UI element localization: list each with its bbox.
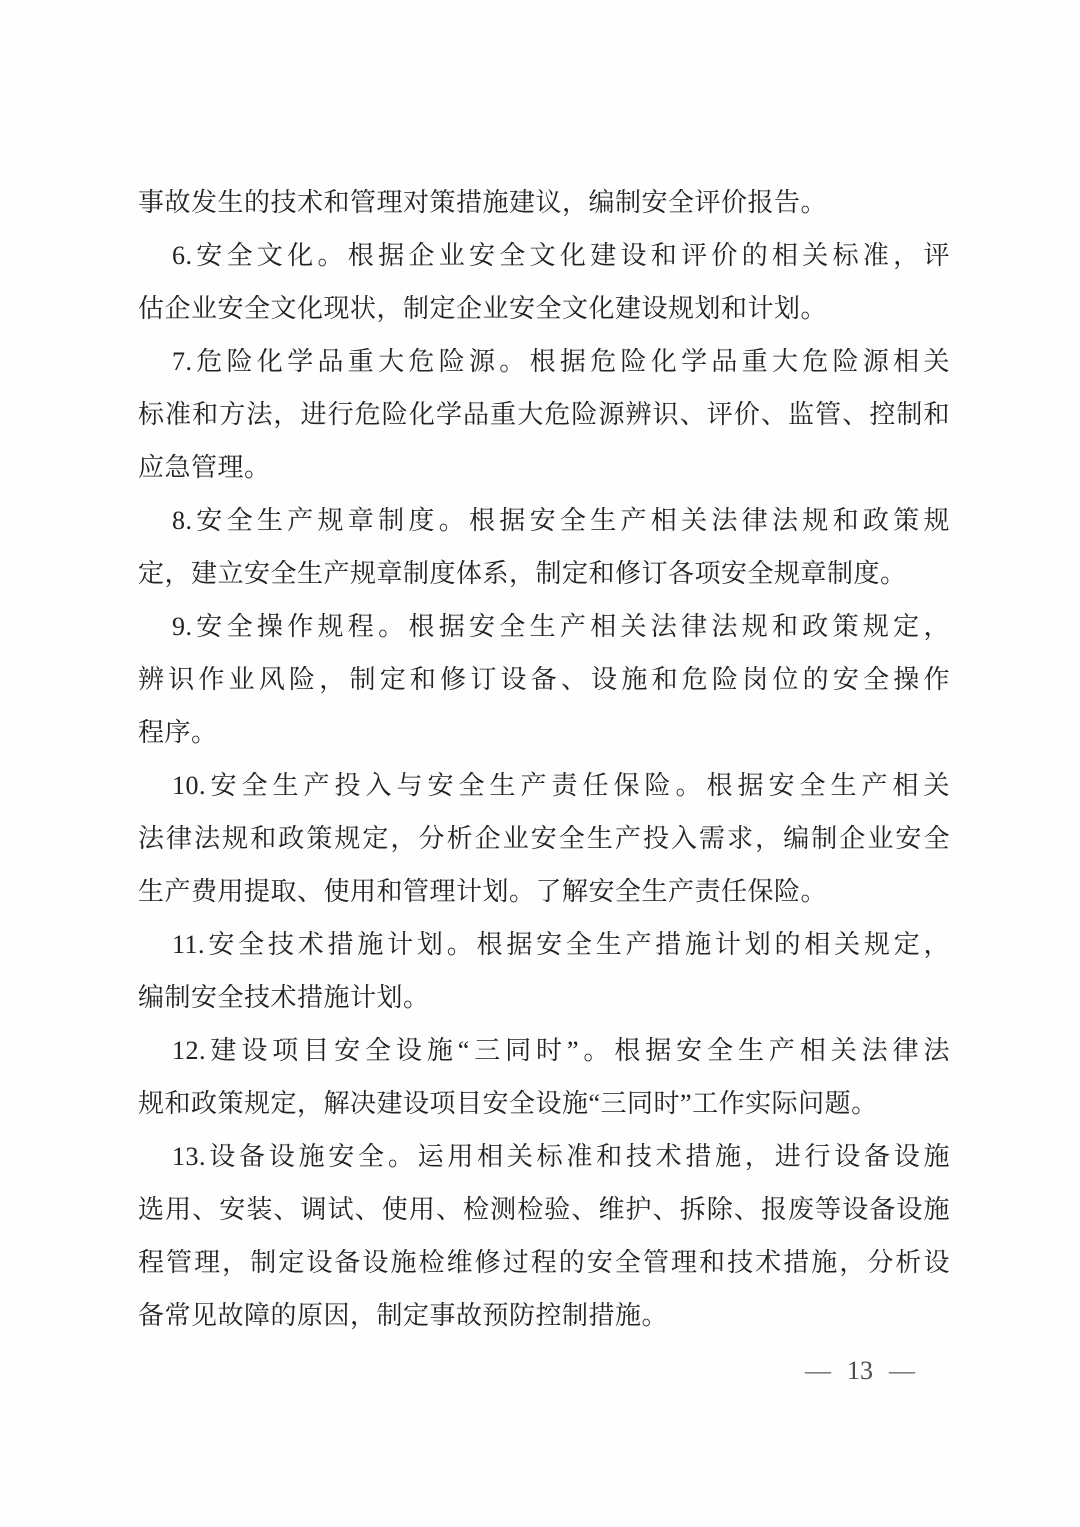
text-line: 辨识作业风险，制定和修订设备、设施和危险岗位的安全操作 xyxy=(138,653,950,706)
text-line: 12.建设项目安全设施“三同时”。根据安全生产相关法律法 xyxy=(138,1024,950,1077)
text-line: 11.安全技术措施计划。根据安全生产措施计划的相关规定， xyxy=(138,918,950,971)
text-line: 程管理，制定设备设施检维修过程的安全管理和技术措施，分析设 xyxy=(138,1236,950,1289)
text-line: 7.危险化学品重大危险源。根据危险化学品重大危险源相关 xyxy=(138,335,950,388)
text-line: 选用、安装、调试、使用、检测检验、维护、拆除、报废等设备设施过 xyxy=(138,1183,950,1236)
text-line: 定，建立安全生产规章制度体系，制定和修订各项安全规章制度。 xyxy=(138,547,950,600)
text-line: 法律法规和政策规定，分析企业安全生产投入需求，编制企业安全 xyxy=(138,812,950,865)
text-line: 应急管理。 xyxy=(138,441,950,494)
body-text: 事故发生的技术和管理对策措施建议，编制安全评价报告。 6.安全文化。根据企业安全… xyxy=(138,176,950,1342)
text-line: 生产费用提取、使用和管理计划。了解安全生产责任保险。 xyxy=(138,865,950,918)
document-page: 事故发生的技术和管理对策措施建议，编制安全评价报告。 6.安全文化。根据企业安全… xyxy=(0,0,1080,1527)
footer-dash-right: — xyxy=(889,1356,915,1386)
text-line: 估企业安全文化现状，制定企业安全文化建设规划和计划。 xyxy=(138,282,950,335)
page-footer: — 13 — xyxy=(780,1349,940,1393)
page-number: 13 xyxy=(847,1356,873,1386)
text-line: 事故发生的技术和管理对策措施建议，编制安全评价报告。 xyxy=(138,176,950,229)
text-line: 规和政策规定，解决建设项目安全设施“三同时”工作实际问题。 xyxy=(138,1077,950,1130)
text-line: 标准和方法，进行危险化学品重大危险源辨识、评价、监管、控制和 xyxy=(138,388,950,441)
text-line: 6.安全文化。根据企业安全文化建设和评价的相关标准，评 xyxy=(138,229,950,282)
text-line: 10.安全生产投入与安全生产责任保险。根据安全生产相关 xyxy=(138,759,950,812)
footer-dash-left: — xyxy=(805,1356,831,1386)
text-line: 程序。 xyxy=(138,706,950,759)
text-line: 9.安全操作规程。根据安全生产相关法律法规和政策规定， xyxy=(138,600,950,653)
text-line: 8.安全生产规章制度。根据安全生产相关法律法规和政策规 xyxy=(138,494,950,547)
text-line: 编制安全技术措施计划。 xyxy=(138,971,950,1024)
text-line: 13.设备设施安全。运用相关标准和技术措施，进行设备设施 xyxy=(138,1130,950,1183)
text-line: 备常见故障的原因，制定事故预防控制措施。 xyxy=(138,1289,950,1342)
